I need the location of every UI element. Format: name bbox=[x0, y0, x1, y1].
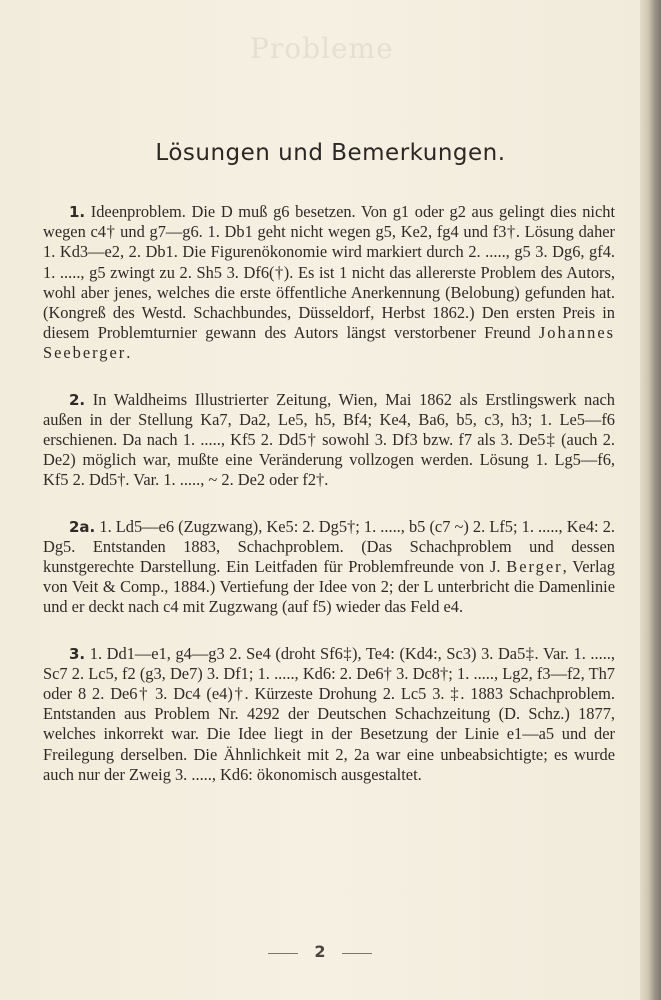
page-footer: 2 bbox=[0, 942, 640, 962]
problem-number: 2. bbox=[69, 391, 85, 409]
bleed-through-heading: Probleme bbox=[250, 32, 394, 65]
solution-paragraph-2: 2. In Waldheims Illustrierter Zeitung, W… bbox=[43, 390, 615, 491]
paragraph-text: 1. Dd1—e1, g4—g3 2. Se4 (droht Sf6‡), Te… bbox=[43, 644, 615, 784]
spaced-name: Berger bbox=[506, 557, 562, 576]
footer-dash-left bbox=[268, 953, 298, 954]
solution-paragraph-2a: 2a. 1. Ld5—e6 (Zugzwang), Ke5: 2. Dg5†; … bbox=[43, 517, 615, 618]
paragraph-text-end: . bbox=[126, 343, 130, 362]
solution-paragraph-1: 1. Ideenproblem. Die D muß g6 besetzen. … bbox=[43, 202, 615, 364]
footer-dash-right bbox=[342, 953, 372, 954]
paragraph-text: In Waldheims Illustrierter Zeitung, Wien… bbox=[43, 390, 615, 490]
solution-paragraph-3: 3. 1. Dd1—e1, g4—g3 2. Se4 (droht Sf6‡),… bbox=[43, 644, 615, 785]
page-edge-shadow bbox=[640, 0, 661, 1000]
page-title: Lösungen und Bemerkungen. bbox=[0, 140, 661, 166]
problem-number: 1. bbox=[69, 203, 85, 221]
solutions-body: 1. Ideenproblem. Die D muß g6 besetzen. … bbox=[43, 202, 615, 811]
problem-number: 2a. bbox=[69, 518, 95, 536]
page-number: 2 bbox=[314, 942, 325, 961]
paragraph-text: Ideenproblem. Die D muß g6 besetzen. Von… bbox=[43, 202, 615, 342]
book-page: Probleme Lösungen und Bemerkungen. 1. Id… bbox=[0, 0, 640, 1000]
problem-number: 3. bbox=[69, 645, 85, 663]
